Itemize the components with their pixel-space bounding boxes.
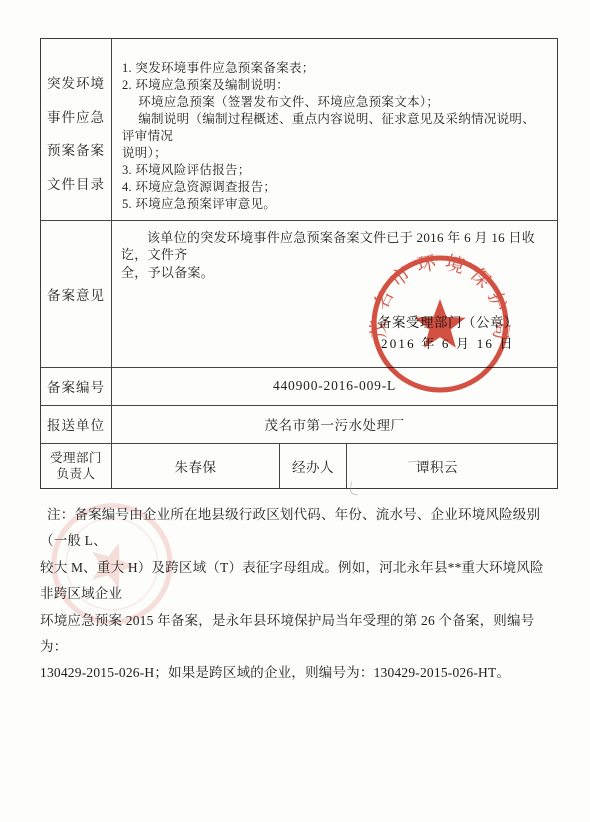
table-row-acceptance: 受理部门负责人 朱春保 经办人 谭积云 xyxy=(41,444,557,488)
directory-label-cell: 突发环境事件应急预案备案文件目录 xyxy=(41,39,112,220)
stamp-caption: 备案受理部门（公章） xyxy=(378,311,518,331)
directory-item-list: 1. 突发环境事件应急预案备案表；2. 环境应急预案及编制说明： 环境应急预案（… xyxy=(112,39,557,213)
acceptance-label-line: 受理部门 xyxy=(50,450,102,466)
opinion-label-cell: 备案意见 xyxy=(41,221,112,367)
directory-item: 5. 环境应急预案评审意见。 xyxy=(122,196,547,213)
table-row-directory: 突发环境事件应急预案备案文件目录 1. 突发环境事件应急预案备案表；2. 环境应… xyxy=(41,39,557,221)
scanned-filing-document: 突发环境事件应急预案备案文件目录 1. 突发环境事件应急预案备案表；2. 环境应… xyxy=(0,0,590,822)
reporting-unit-label: 报送单位 xyxy=(47,414,105,434)
filing-number-label: 备案编号 xyxy=(47,376,105,396)
directory-label-line: 事件应急 xyxy=(47,101,105,135)
footnote: 注：备案编号由企业所在地县级行政区划代码、年份、流水号、企业环境风险级别（一般 … xyxy=(40,502,550,687)
operator-label: 经办人 xyxy=(280,444,347,488)
directory-label-line: 预案备案 xyxy=(47,134,105,168)
directory-item: 编制说明（编制过程概述、重点内容说明、征求意见及采纳情况说明、评审情况 xyxy=(122,111,547,145)
directory-content-cell: 1. 突发环境事件应急预案备案表；2. 环境应急预案及编制说明： 环境应急预案（… xyxy=(112,39,557,220)
reporting-unit-value: 茂名市第一污水处理厂 xyxy=(112,406,557,444)
handwriting-mark xyxy=(349,481,360,495)
footnote-line: 注：备案编号由企业所在地县级行政区划代码、年份、流水号、企业环境风险级别（一般 … xyxy=(40,502,550,555)
reporting-unit-label-cell: 报送单位 xyxy=(41,406,112,444)
directory-item: 2. 环境应急预案及编制说明： xyxy=(122,77,547,94)
table-row-reporting-unit: 报送单位 茂名市第一污水处理厂 xyxy=(41,406,557,445)
filing-number-label-cell: 备案编号 xyxy=(41,368,112,405)
directory-item: 环境应急预案（签署发布文件、环境应急预案文本）； xyxy=(122,94,547,111)
footnote-line: 较大 M、重大 H）及跨区域（T）表征字母组成。例如，河北永年县**重大环境风险… xyxy=(40,555,550,608)
footnote-line: 130429-2015-026-H；如果是跨区域的企业，则编号为：130429-… xyxy=(40,660,550,686)
acceptance-head-name: 朱春保 xyxy=(112,444,280,488)
operator-name: 谭积云 xyxy=(347,444,557,488)
directory-item: 3. 环境风险评估报告； xyxy=(122,162,547,179)
opinion-label: 备案意见 xyxy=(47,284,105,304)
directory-label-line: 突发环境 xyxy=(47,67,105,101)
directory-item: 说明）； xyxy=(122,145,547,162)
directory-item: 1. 突发环境事件应急预案备案表； xyxy=(122,60,547,77)
stamp-date: 2016 年 6 月 16 日 xyxy=(381,333,515,352)
directory-label-line: 文件目录 xyxy=(47,168,105,202)
footnote-line: 环境应急预案 2015 年备案，是永年县环境保护局当年受理的第 26 个备案，则… xyxy=(40,608,550,661)
acceptance-label-line: 负责人 xyxy=(56,466,95,482)
acceptance-label-cell: 受理部门负责人 xyxy=(41,444,112,488)
directory-item: 4. 环境应急资源调查报告； xyxy=(122,179,547,196)
